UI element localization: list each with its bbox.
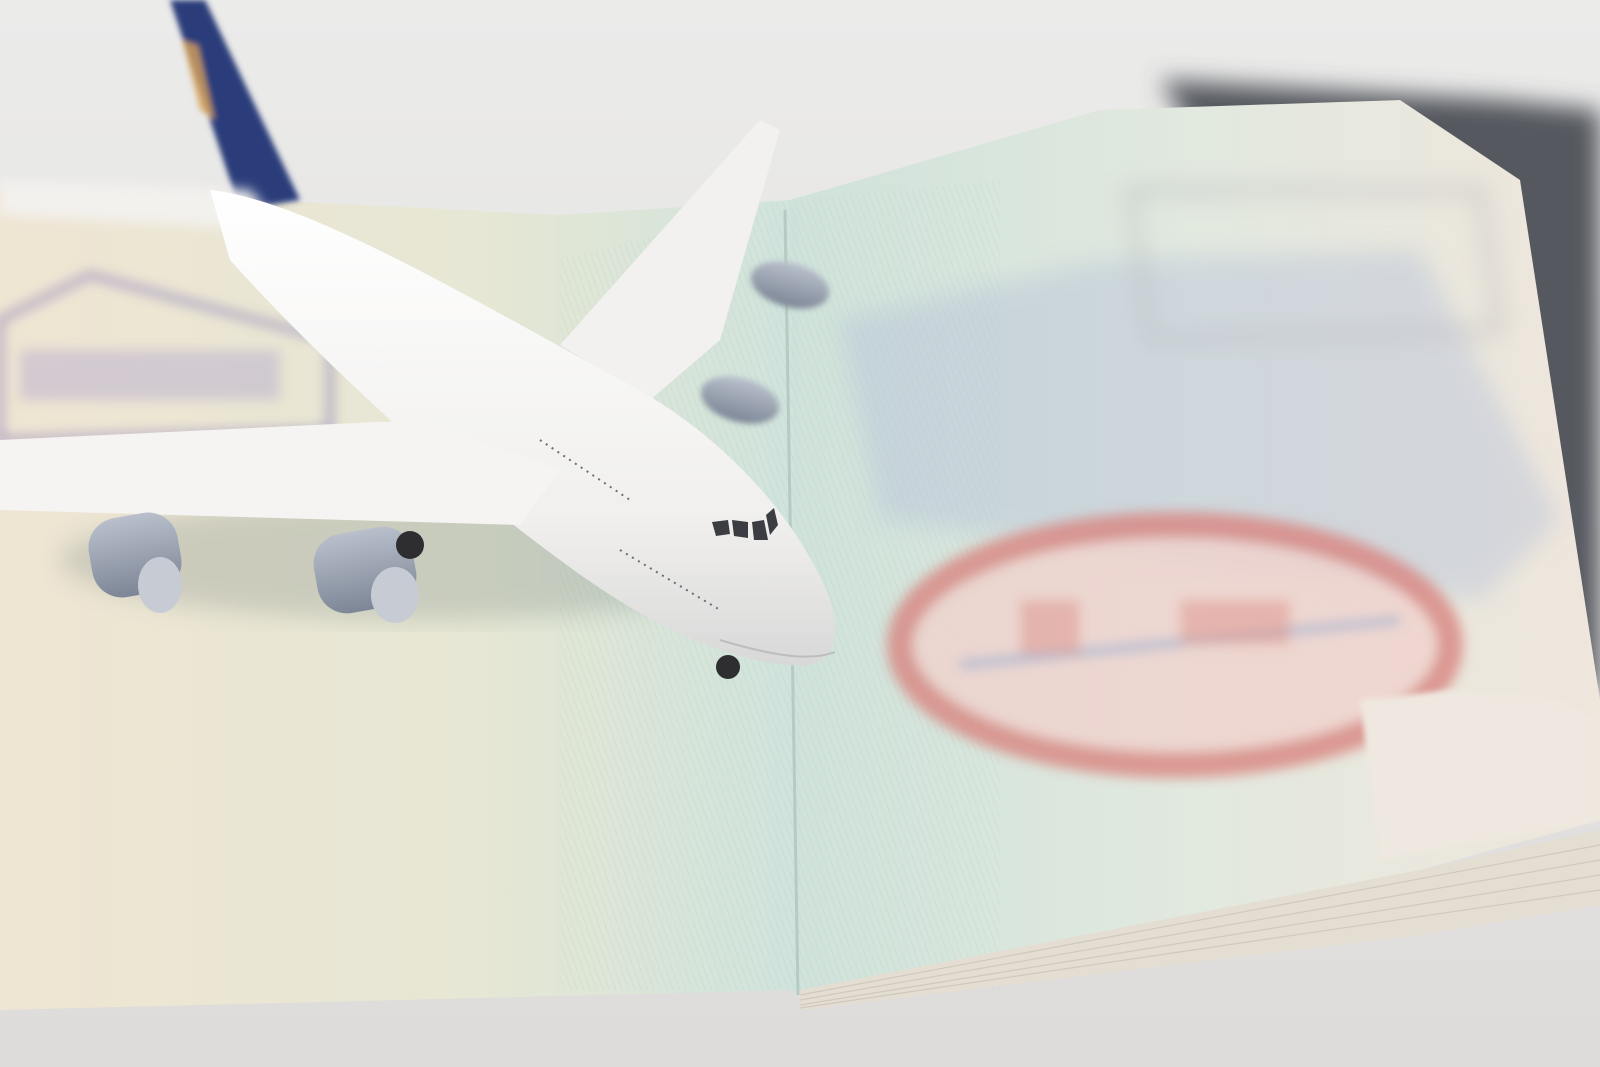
photo-scene	[0, 0, 1600, 1067]
airplane-landing-gear	[396, 531, 424, 559]
